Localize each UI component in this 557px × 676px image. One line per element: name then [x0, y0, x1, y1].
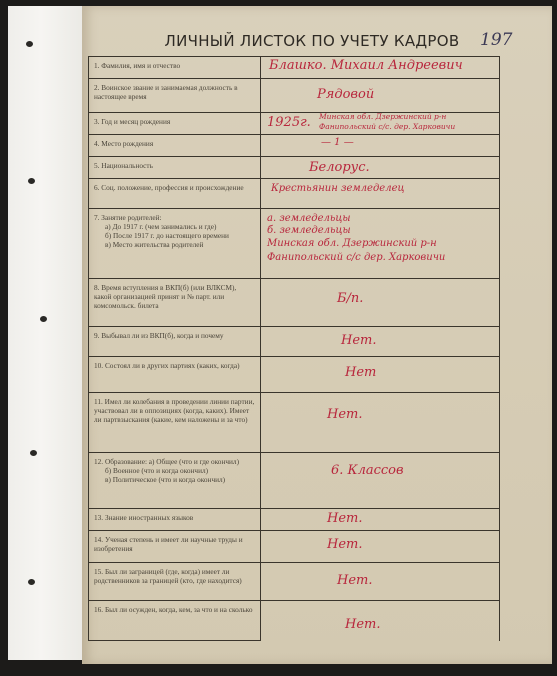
field-label: 12. Образование: а) Общее (что и где око…	[89, 453, 261, 509]
field-label-main: 12. Образование: а) Общее (что и где око…	[94, 457, 239, 466]
field-value-left-party: Нет.	[261, 327, 500, 357]
form-row-rank: 2. Воинское звание и занимаемая должност…	[89, 79, 500, 113]
handwritten-value: Белорус.	[309, 160, 370, 175]
field-value-party-membership: Б/п.	[261, 279, 500, 327]
form-row-convictions: 16. Был ли осужден, когда, кем, за что и…	[89, 601, 500, 641]
form-row-other-parties: 10. Состоял ли в других партиях (каких, …	[89, 357, 500, 393]
field-label: 3. Год и месяц рождения	[89, 113, 261, 135]
handwritten-value: Минская обл. Дзержинский р-н	[267, 238, 437, 249]
personnel-record-sheet: ЛИЧНЫЙ ЛИСТОК ПО УЧЕТУ КАДРОВ 197 1. Фам…	[82, 6, 552, 664]
handwritten-value: Рядовой	[317, 87, 374, 102]
field-label: 5. Национальность	[89, 157, 261, 179]
handwritten-value: Б/п.	[337, 291, 363, 306]
form-row-academic-degree: 14. Ученая степень и имеет ли научные тр…	[89, 531, 500, 563]
punch-hole	[28, 579, 35, 585]
field-label: 14. Ученая степень и имеет ли научные тр…	[89, 531, 261, 563]
handwritten-value: Фанипольский с/с дер. Харковичи	[267, 252, 445, 263]
field-label-sub: б) Военное (что и когда окончил)	[94, 466, 255, 475]
handwritten-value: Фанипольский с/с. дер. Харковичи	[319, 122, 455, 131]
handwritten-value: а. земледельцы	[267, 213, 350, 224]
handwritten-value: Нет	[345, 365, 376, 380]
field-value-convictions: Нет.	[261, 601, 500, 641]
personnel-form-table: 1. Фамилия, имя и отчество Блашко. Михаи…	[88, 56, 500, 641]
form-row-foreign-languages: 13. Знание иностранных языков Нет.	[89, 509, 500, 531]
field-label-main: 7. Занятие родителей:	[94, 213, 162, 222]
field-value-other-parties: Нет	[261, 357, 500, 393]
handwritten-value: Минская обл. Дзержинский р-н	[319, 112, 446, 121]
field-label-sub: в) Место жительства родителей	[94, 240, 255, 249]
field-value-academic-degree: Нет.	[261, 531, 500, 563]
field-label: 2. Воинское звание и занимаемая должност…	[89, 79, 261, 113]
handwritten-value: Блашко. Михаил Андреевич	[269, 58, 463, 73]
field-label: 9. Выбывал ли из ВКП(б), когда и почему	[89, 327, 261, 357]
binding-margin-strip	[8, 6, 90, 660]
form-row-party-membership: 8. Время вступления в ВКП(б) (или ВЛКСМ)…	[89, 279, 500, 327]
form-row-parents-occupation: 7. Занятие родителей: а) До 1917 г. (чем…	[89, 209, 500, 279]
punch-hole	[40, 316, 47, 322]
handwritten-value: Нет.	[327, 511, 363, 526]
archive-number: 197	[480, 30, 512, 50]
field-value-party-line-hesitation: Нет.	[261, 393, 500, 453]
form-row-abroad: 15. Был ли заграницей (где, когда) имеет…	[89, 563, 500, 601]
handwritten-value: Нет.	[327, 537, 363, 552]
punch-hole	[28, 178, 35, 184]
punch-hole	[26, 41, 33, 47]
field-value-parents-occupation: а. земледельцы б. земледельцы Минская об…	[261, 209, 500, 279]
field-label: 16. Был ли осужден, когда, кем, за что и…	[89, 601, 261, 641]
document-title: ЛИЧНЫЙ ЛИСТОК ПО УЧЕТУ КАДРОВ	[132, 32, 492, 50]
field-label: 4. Место рождения	[89, 135, 261, 157]
field-value-rank: Рядовой	[261, 79, 500, 113]
field-label: 7. Занятие родителей: а) До 1917 г. (чем…	[89, 209, 261, 279]
field-label: 15. Был ли заграницей (где, когда) имеет…	[89, 563, 261, 601]
handwritten-value: — 1 —	[321, 137, 354, 148]
field-label-sub: а) До 1917 г. (чем занимались и где)	[94, 222, 255, 231]
field-value-social-status: Крестьянин земледелец	[261, 179, 500, 209]
field-label-sub: в) Политическое (что и когда окончил)	[94, 475, 255, 484]
handwritten-value: Нет.	[337, 573, 373, 588]
handwritten-value: Нет.	[345, 617, 381, 632]
field-label: 1. Фамилия, имя и отчество	[89, 57, 261, 79]
punch-hole	[30, 450, 37, 456]
field-value-abroad: Нет.	[261, 563, 500, 601]
field-value-foreign-languages: Нет.	[261, 509, 500, 531]
form-row-party-line-hesitation: 11. Имел ли колебания в проведении линии…	[89, 393, 500, 453]
field-label-sub: б) После 1917 г. до настоящего времени	[94, 231, 255, 240]
handwritten-value: Нет.	[341, 333, 377, 348]
form-row-birth-place: 4. Место рождения — 1 —	[89, 135, 500, 157]
handwritten-value: 6. Классов	[331, 463, 404, 478]
handwritten-value: Крестьянин земледелец	[271, 183, 404, 194]
field-value-birth-place: — 1 —	[261, 135, 500, 157]
field-label: 10. Состоял ли в других партиях (каких, …	[89, 357, 261, 393]
field-value-nationality: Белорус.	[261, 157, 500, 179]
form-row-left-party: 9. Выбывал ли из ВКП(б), когда и почему …	[89, 327, 500, 357]
field-value-full-name: Блашко. Михаил Андреевич	[261, 57, 500, 79]
field-value-birth-date: 1925г. Минская обл. Дзержинский р-н Фани…	[261, 113, 500, 135]
field-label: 13. Знание иностранных языков	[89, 509, 261, 531]
form-row-social-status: 6. Соц. положение, профессия и происхожд…	[89, 179, 500, 209]
form-row-birth-date: 3. Год и месяц рождения 1925г. Минская о…	[89, 113, 500, 135]
field-label: 8. Время вступления в ВКП(б) (или ВЛКСМ)…	[89, 279, 261, 327]
handwritten-value: б. земледельцы	[267, 225, 351, 236]
form-row-education: 12. Образование: а) Общее (что и где око…	[89, 453, 500, 509]
field-label: 11. Имел ли колебания в проведении линии…	[89, 393, 261, 453]
form-row-nationality: 5. Национальность Белорус.	[89, 157, 500, 179]
form-row-full-name: 1. Фамилия, имя и отчество Блашко. Михаи…	[89, 57, 500, 79]
field-value-education: 6. Классов	[261, 453, 500, 509]
handwritten-value: Нет.	[327, 407, 363, 422]
handwritten-value: 1925г.	[267, 115, 311, 130]
field-label: 6. Соц. положение, профессия и происхожд…	[89, 179, 261, 209]
